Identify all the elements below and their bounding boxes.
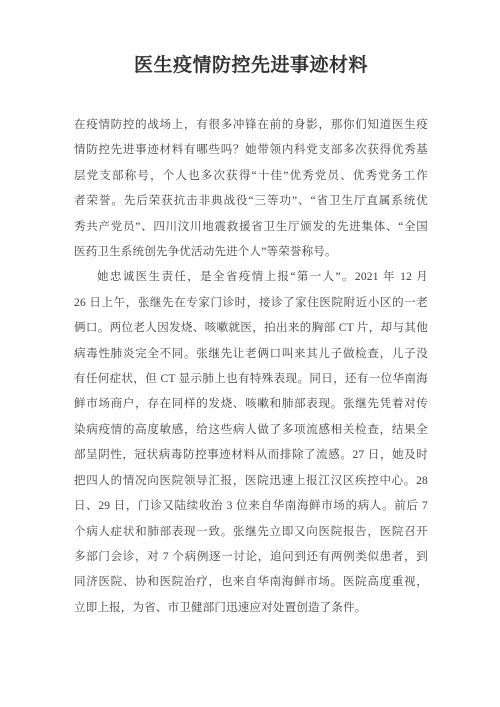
text-line: 染病疫情的高度敏感，给这些病人做了多项流感相关检查，结果全 [74, 418, 428, 443]
text-line: 部呈阴性，冠状病毒防控事迹材料从而排除了流感。27 日，她及时 [74, 443, 428, 468]
text-line: 鲜市场商户，存在同样的发烧、咳嗽和肺部表现。张继先凭着对传 [74, 392, 428, 417]
text-line: 医药卫生系统创先争优活动先进个人”等荣誉称号。 [74, 240, 428, 265]
text-line: 她忠诚医生责任，是全省疫情上报“第一人”。2021 年 12 月 [74, 265, 428, 290]
text-line: 立即上报，为省、市卫健部门迅速应对处置创造了条件。 [74, 596, 428, 621]
text-line: 把四人的情况向医院领导汇报，医院迅速上报江汉区疾控中心。28 [74, 469, 428, 494]
text-line: 同济医院、协和医院治疗，也来自华南海鲜市场。医院高度重视， [74, 570, 428, 595]
document-page: 医生疫情防控先进事迹材料 在疫情防控的战场上，有很多冲锋在前的身影，那你们知道医… [0, 0, 500, 707]
text-line: 26 日上午，张继先在专家门诊时，接诊了家住医院附近小区的一老 [74, 291, 428, 316]
text-line: 秀共产党员”、四川汶川地震救援省卫生厅颁发的先进集体、“全国 [74, 215, 428, 240]
text-line: 者荣誉。先后荣获抗击非典战役“三等功”、“省卫生厅直属系统优 [74, 189, 428, 214]
text-line: 个病人症状和肺部表现一致。张继先立即又向医院报告，医院召开 [74, 520, 428, 545]
document-body: 在疫情防控的战场上，有很多冲锋在前的身影，那你们知道医生疫情防控先进事迹材料有哪… [74, 113, 428, 621]
text-line: 有任何症状，但 CT 显示肺上也有特殊表现。同日，还有一位华南海 [74, 367, 428, 392]
text-line: 在疫情防控的战场上，有很多冲锋在前的身影，那你们知道医生疫 [74, 113, 428, 138]
text-line: 俩口。两位老人因发烧、咳嗽就医，拍出来的胸部 CT 片，却与其他 [74, 316, 428, 341]
document-title: 医生疫情防控先进事迹材料 [74, 52, 428, 80]
text-line: 情防控先进事迹材料有哪些吗？她带领内科党支部多次获得优秀基 [74, 138, 428, 163]
text-line: 层党支部称号，个人也多次获得“十佳”优秀党员、优秀党务工作 [74, 164, 428, 189]
text-line: 日、29 日，门诊又陆续收治 3 位来自华南海鲜市场的病人。前后 7 [74, 494, 428, 519]
text-line: 病毒性肺炎完全不同。张继先让老俩口叫来其儿子做检查，儿子没 [74, 342, 428, 367]
text-line: 多部门会诊，对 7 个病例逐一讨论，追问到还有两例类似患者，到 [74, 545, 428, 570]
